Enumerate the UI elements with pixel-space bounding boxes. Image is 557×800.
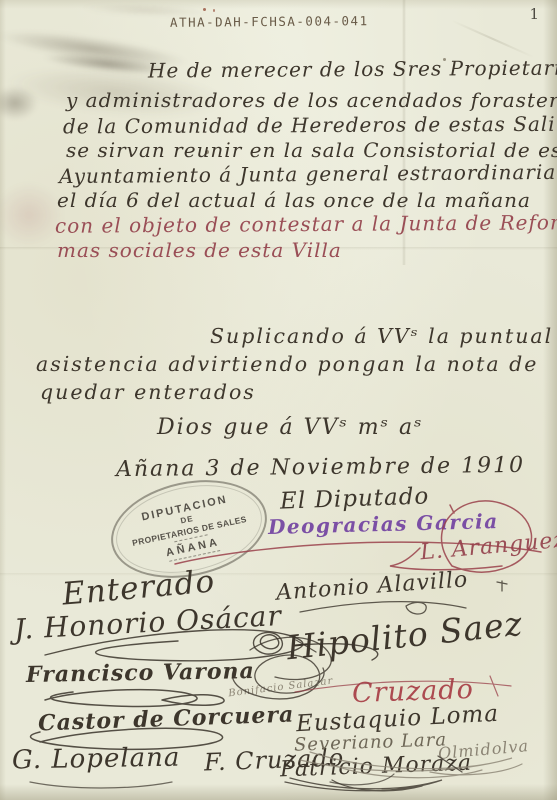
signer-name-stamp: Deogracias Garcia (268, 509, 499, 539)
signer-title: El Diputado (280, 483, 430, 514)
signature-g-lopelana: G. Lopelana (12, 743, 181, 776)
signature-castor-corcuera: Castor de Corcuera (38, 702, 295, 737)
dateline: Añana 3 de Noviembre de 1910 (116, 453, 525, 482)
diagonal-crease (451, 20, 534, 58)
closing-line: quedar enterados (40, 380, 256, 404)
letter-body-line: Ayuntamiento á Junta general estraordina… (59, 160, 556, 188)
stamp-ornament (174, 534, 207, 542)
ink-speck (203, 8, 206, 11)
page-number: 1 (529, 5, 539, 23)
stamp-ornament (169, 550, 220, 562)
salutation: Dios gue á VVˢ mˢ aˢ (157, 415, 424, 440)
letter-body-line-red-ink: mas sociales de esta Villa (57, 238, 342, 262)
closing-line: Suplicando á VVˢ la puntual (210, 324, 553, 348)
letter-body-line-red-ink: con el objeto de contestar a la Junta de… (55, 210, 557, 238)
signature-francisco-varona: Francisco Varona (26, 658, 255, 688)
letter-body-line: de la Comunidad de Herederos de estas Sa… (63, 112, 557, 139)
stamp-line-2: DE (180, 513, 195, 525)
ink-smudge (0, 86, 38, 120)
stamp-line-1: DIPUTACION (140, 493, 228, 523)
letter-body-line: y administradores de los acendados foras… (66, 88, 557, 112)
stamp-line-4: AÑANA (165, 536, 221, 559)
letter-body-line: se sirvan reunir en la sala Consistorial… (66, 138, 557, 162)
ink-speck (213, 9, 215, 12)
closing-line: asistencia advirtiendo pongan la nota de (36, 352, 538, 376)
signature-honorio-osacar: J. Honorio Osácar (13, 599, 282, 646)
letter-body-line: He de merecer de los Sres Propietarios (148, 55, 557, 82)
archive-reference: ATHA-DAH-FCHSA-004-041 (170, 13, 369, 30)
letter-body-line: el día 6 del actual á las once de la mañ… (57, 188, 531, 212)
stamp-line-3: PROPIETARIOS DE SALES (131, 513, 247, 547)
signature-hipolito-saez: Hipolito Saez (285, 604, 525, 668)
document-page: 1 ATHA-DAH-FCHSA-004-041 He de merecer d… (0, 0, 557, 800)
signature-olmidolva: Olmidolva (437, 736, 529, 763)
